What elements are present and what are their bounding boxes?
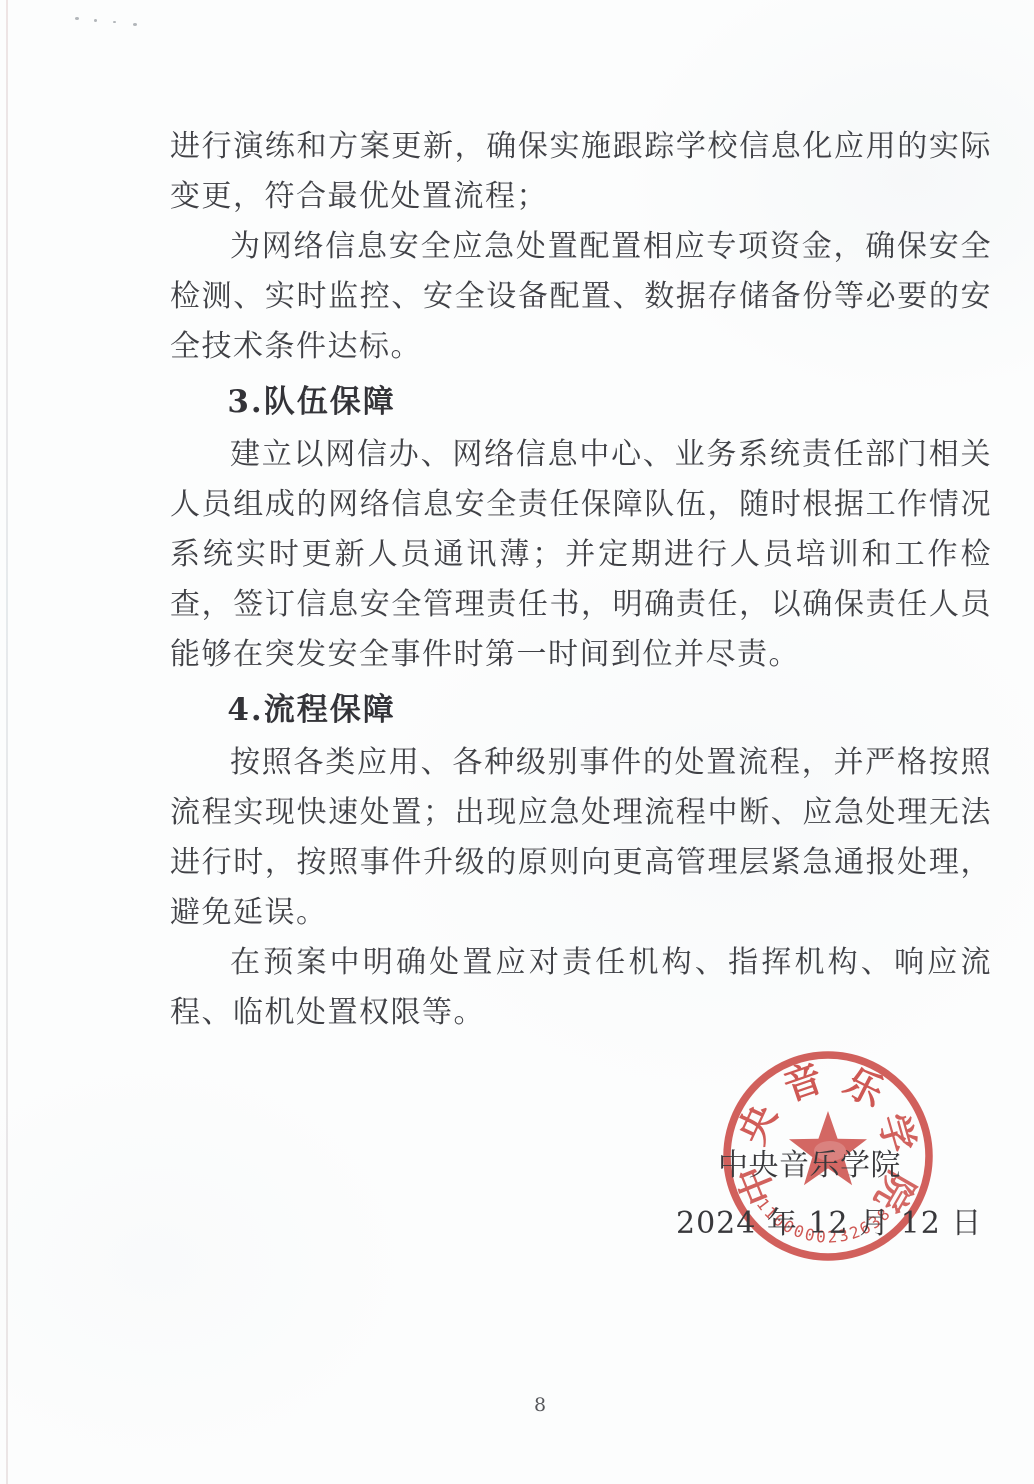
paragraph: 按照各类应用、各种级别事件的处置流程，并严格按照流程实现快速处置；出现应急处理流… [170, 738, 992, 938]
scan-speckle [94, 19, 97, 22]
section-heading-4: 4.流程保障 [170, 685, 992, 735]
scan-speckle [113, 21, 116, 23]
paragraph: 为网络信息安全应急处置配置相应专项资金，确保安全检测、实时监控、安全设备配置、数… [170, 222, 992, 372]
page-number: 8 [500, 1394, 580, 1416]
scan-speckle [75, 17, 79, 20]
paragraph: 在预案中明确处置应对责任机构、指挥机构、响应流程、临机处置权限等。 [170, 938, 992, 1038]
section-heading-3: 3.队伍保障 [170, 377, 992, 427]
paragraph: 建立以网信办、网络信息中心、业务系统责任部门相关人员组成的网络信息安全责任保障队… [170, 430, 992, 680]
scan-speckle [133, 23, 137, 26]
signature-organization: 中央音乐学院 [718, 1140, 901, 1184]
scan-edge-line [6, 0, 8, 1484]
signature-date: 2024 年 12 月 12 日 [676, 1198, 982, 1242]
paragraph-continuation: 进行演练和方案更新，确保实施跟踪学校信息化应用的实际变更，符合最优处置流程； [170, 122, 992, 222]
document-body: 进行演练和方案更新，确保实施跟踪学校信息化应用的实际变更，符合最优处置流程； 为… [170, 122, 992, 1038]
